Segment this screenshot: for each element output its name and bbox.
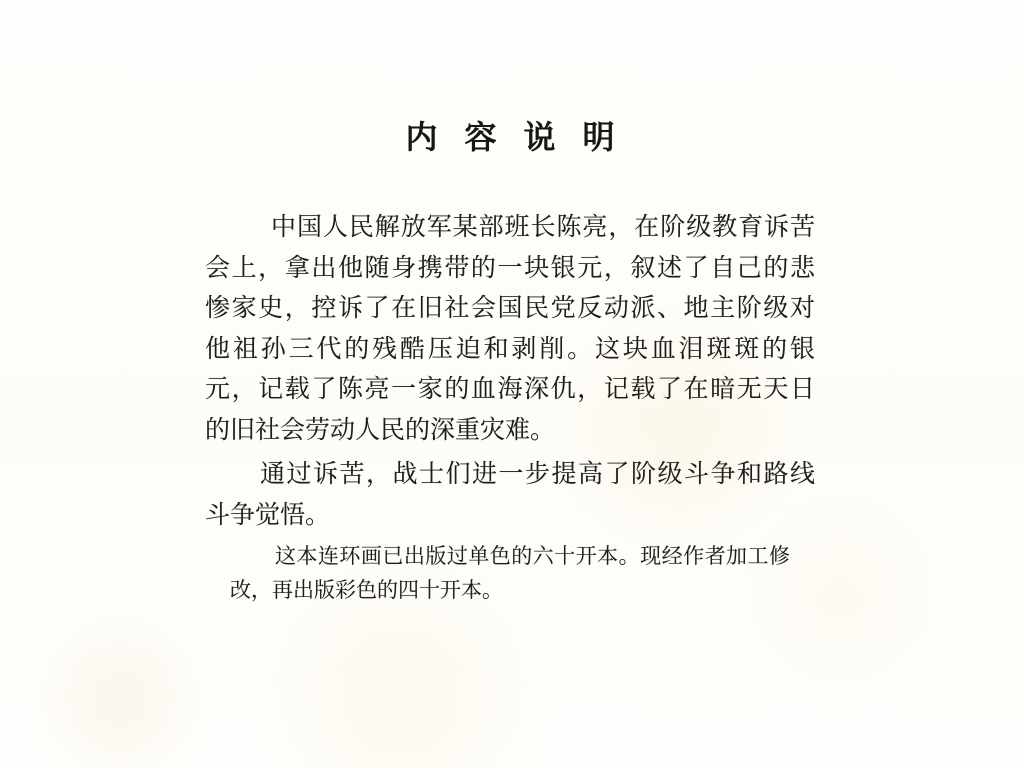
text-line: 的旧社会劳动人民的深重灾难。 (205, 411, 815, 452)
text-line: 他祖孙三代的残酷压迫和剥削。这块血泪斑斑的银 (205, 330, 815, 371)
text-line: 惨家史，控诉了在旧社会国民党反动派、地主阶级对 (205, 289, 815, 330)
synopsis-paragraph-1: 中国人民解放军某部班长陈亮，在阶级教育诉苦 会上，拿出他随身携带的一块银元，叙述… (205, 208, 815, 451)
text-line: 会上，拿出他随身携带的一块银元，叙述了自己的悲 (205, 249, 815, 290)
text-line: 通过诉苦，战士们进一步提高了阶级斗争和路线 (205, 455, 815, 496)
edition-note: 这本连环画已出版过单色的六十开本。现经作者加工修 改，再出版彩色的四十开本。 (230, 540, 790, 607)
text-line: 斗争觉悟。 (205, 496, 815, 537)
text-line: 元，记载了陈亮一家的血海深仇，记载了在暗无天日 (205, 370, 815, 411)
text-line: 中国人民解放军某部班长陈亮，在阶级教育诉苦 (205, 208, 815, 249)
book-page: 内容说明 中国人民解放军某部班长陈亮，在阶级教育诉苦 会上，拿出他随身携带的一块… (0, 0, 1024, 768)
text-line: 改，再出版彩色的四十开本。 (230, 574, 790, 608)
page-title: 内容说明 (205, 118, 815, 156)
text-line: 这本连环画已出版过单色的六十开本。现经作者加工修 (230, 540, 790, 574)
synopsis-paragraph-2: 通过诉苦，战士们进一步提高了阶级斗争和路线 斗争觉悟。 (205, 455, 815, 536)
